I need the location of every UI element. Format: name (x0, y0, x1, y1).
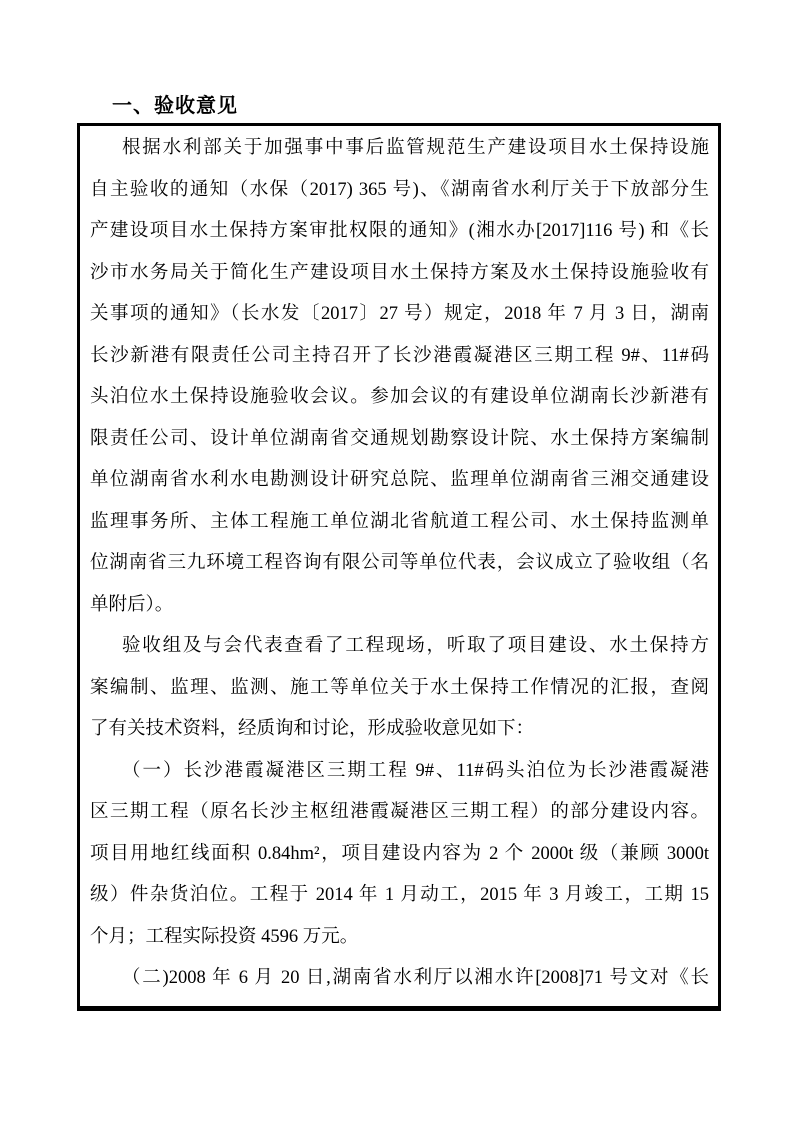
content-table-cell: 根据水利部关于加强事中事后监管规范生产建设项目水土保持设施 自主验收的通知（水保… (77, 123, 721, 1011)
paragraph: 验收组及与会代表查看了工程现场，听取了项目建设、水土保持方 案编制、监理、监测、… (90, 626, 709, 751)
text-line: 长沙新港有限责任公司主持召开了长沙港霞凝港区三期工程 9#、11#码 (90, 336, 709, 378)
text-line: 沙市水务局关于简化生产建设项目水土保持方案及水土保持设施验收有 (90, 253, 709, 295)
text-line: 项目用地红线面积 0.84hm²，项目建设内容为 2 个 2000t 级（兼顾 … (90, 834, 709, 876)
text-line: （一）长沙港霞凝港区三期工程 9#、11#码头泊位为长沙港霞凝港 (90, 751, 709, 793)
section-heading: 一、验收意见 (112, 94, 238, 118)
text-line: 头泊位水土保持设施验收会议。参加会议的有建设单位湖南长沙新港有 (90, 377, 709, 419)
text-line: 位湖南省三九环境工程咨询有限公司等单位代表，会议成立了验收组（名 (90, 543, 709, 585)
text-line: 关事项的通知》（长水发〔2017〕27 号）规定，2018 年 7 月 3 日，… (90, 294, 709, 336)
paragraph: 根据水利部关于加强事中事后监管规范生产建设项目水土保持设施 自主验收的通知（水保… (90, 128, 709, 626)
text-line: 案编制、监理、监测、施工等单位关于水土保持工作情况的汇报，查阅 (90, 668, 709, 710)
text-line: （二)2008 年 6 月 20 日,湖南省水利厅以湘水许[2008]71 号文… (90, 958, 709, 1000)
text-line: 产建设项目水土保持方案审批权限的通知》(湘水办[2017]116 号) 和《长 (90, 211, 709, 253)
text-line: 级）件杂货泊位。工程于 2014 年 1 月动工，2015 年 3 月竣工，工期… (90, 875, 709, 917)
text-line: 了有关技术资料，经质询和讨论，形成验收意见如下： (90, 709, 709, 751)
text-line: 限责任公司、设计单位湖南省交通规划勘察设计院、水土保持方案编制 (90, 419, 709, 461)
paragraph: （一）长沙港霞凝港区三期工程 9#、11#码头泊位为长沙港霞凝港 区三期工程（原… (90, 751, 709, 959)
text-line: 根据水利部关于加强事中事后监管规范生产建设项目水土保持设施 (90, 128, 709, 170)
text-line: 个月；工程实际投资 4596 万元。 (90, 917, 709, 959)
paragraph: （二)2008 年 6 月 20 日,湖南省水利厅以湘水许[2008]71 号文… (90, 958, 709, 1000)
text-line: 自主验收的通知（水保（2017) 365 号)、《湖南省水利厅关于下放部分生 (90, 170, 709, 212)
text-line: 验收组及与会代表查看了工程现场，听取了项目建设、水土保持方 (90, 626, 709, 668)
text-line: 单附后）。 (90, 585, 709, 627)
text-line: 监理事务所、主体工程施工单位湖北省航道工程公司、水土保持监测单 (90, 502, 709, 544)
text-line: 单位湖南省水利水电勘测设计研究总院、监理单位湖南省三湘交通建设 (90, 460, 709, 502)
text-line: 区三期工程（原名长沙主枢纽港霞凝港区三期工程）的部分建设内容。 (90, 792, 709, 834)
document-page: 一、验收意见 根据水利部关于加强事中事后监管规范生产建设项目水土保持设施 自主验… (0, 0, 794, 1123)
